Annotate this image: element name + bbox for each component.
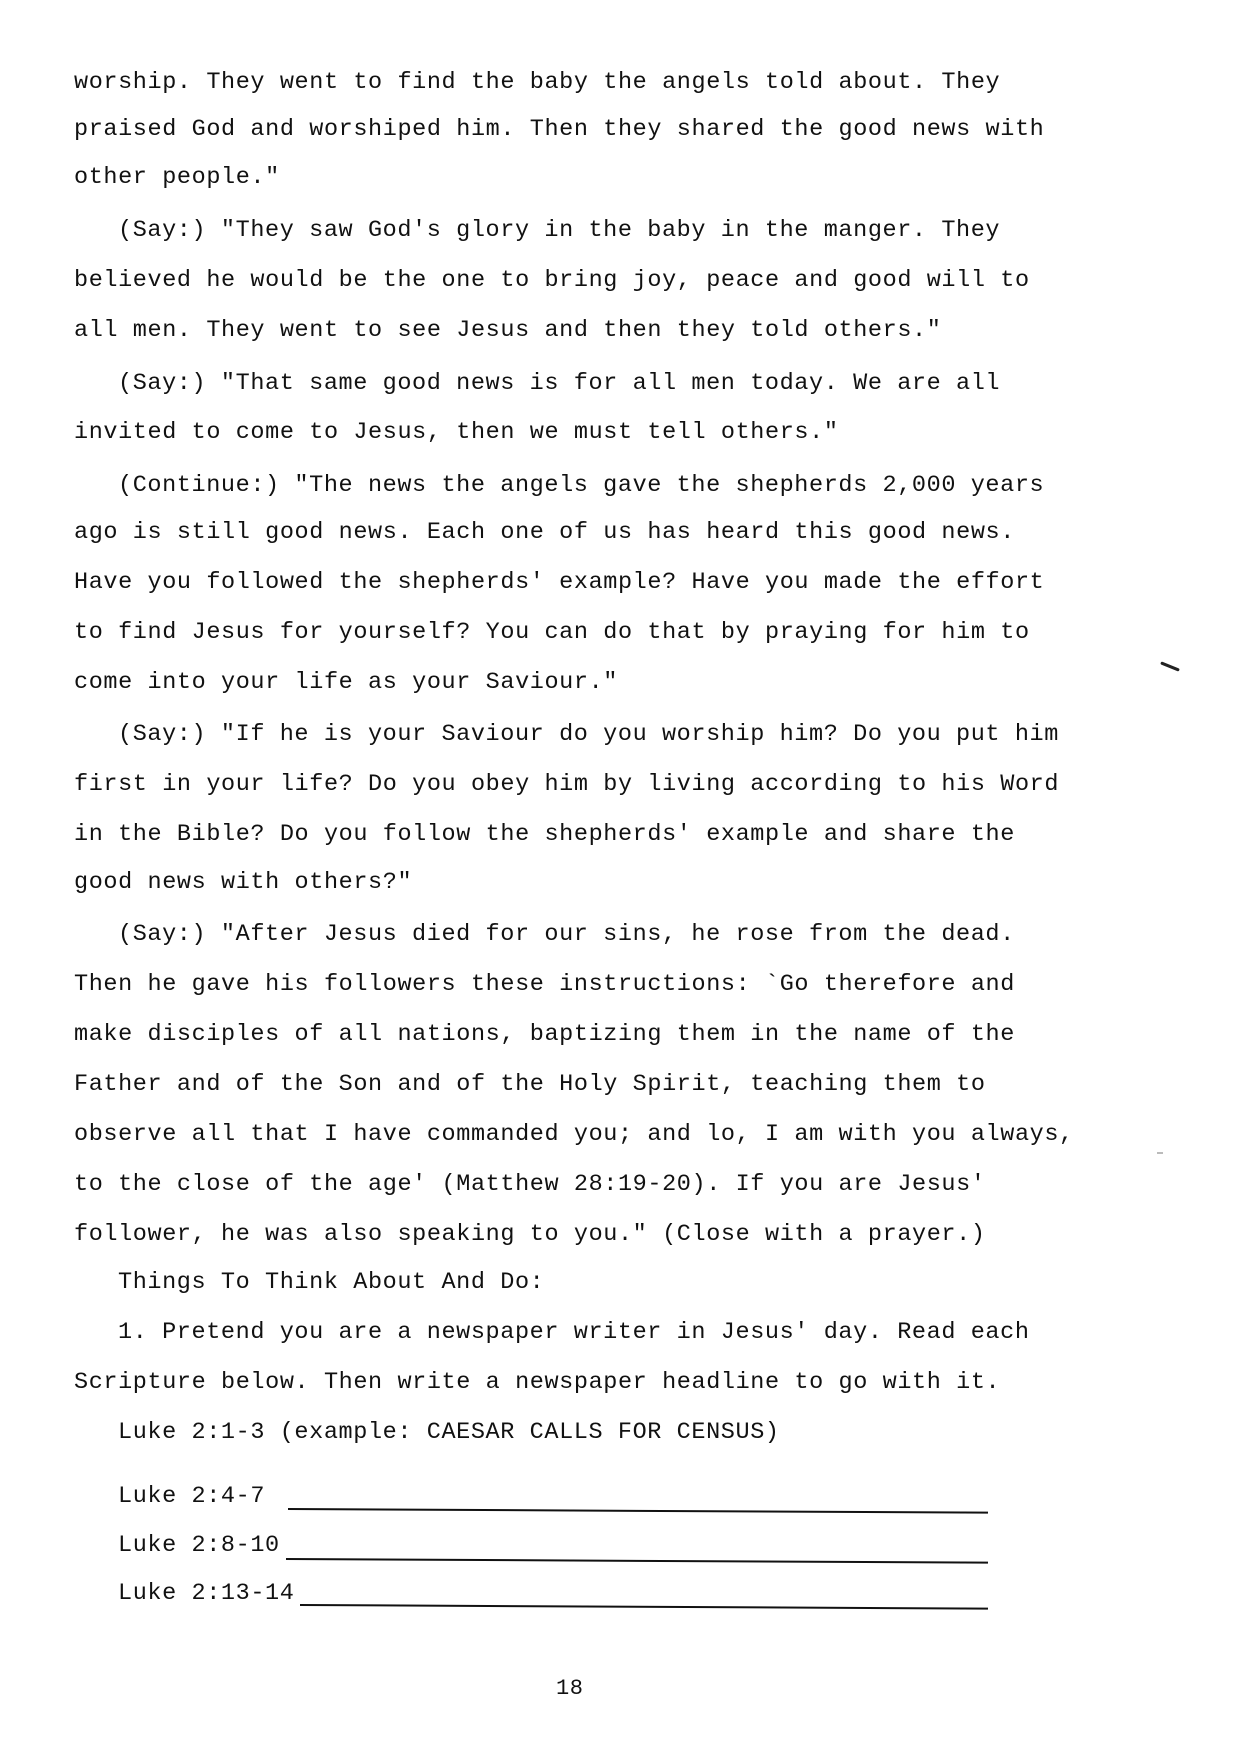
text-line: in the Bible? Do you follow the shepherd… <box>74 820 1015 850</box>
headline-label-3: Luke 2:13-14 <box>118 1579 294 1609</box>
text-line: 1. Pretend you are a newspaper writer in… <box>118 1318 1030 1348</box>
text-line: worship. They went to find the baby the … <box>74 68 1000 98</box>
text-line: come into your life as your Saviour." <box>74 668 618 698</box>
headline-label-2: Luke 2:8-10 <box>118 1531 280 1561</box>
scan-mark <box>1157 1152 1163 1154</box>
text-line: (Say:) "That same good news is for all m… <box>118 369 1000 399</box>
page-number: 18 <box>556 1676 584 1701</box>
text-line: follower, he was also speaking to you." … <box>74 1220 986 1250</box>
headline-label-1: Luke 2:4-7 <box>118 1482 265 1512</box>
text-line: invited to come to Jesus, then we must t… <box>74 418 839 448</box>
headline-blank-1[interactable] <box>288 1508 988 1514</box>
text-line: to the close of the age' (Matthew 28:19-… <box>74 1170 986 1200</box>
text-line: (Say:) "If he is your Saviour do you wor… <box>118 720 1059 750</box>
text-line: other people." <box>74 163 280 193</box>
text-line: make disciples of all nations, baptizing… <box>74 1020 1015 1050</box>
text-line: Luke 2:1-3 (example: CAESAR CALLS FOR CE… <box>118 1418 780 1448</box>
text-line: (Continue:) "The news the angels gave th… <box>118 471 1044 501</box>
text-line: believed he would be the one to bring jo… <box>74 266 1030 296</box>
text-line: ago is still good news. Each one of us h… <box>74 518 1015 548</box>
text-line: Scripture below. Then write a newspaper … <box>74 1368 1000 1398</box>
text-line: Things To Think About And Do: <box>118 1268 544 1298</box>
document-page: worship. They went to find the baby the … <box>0 0 1240 1753</box>
text-line: Have you followed the shepherds' example… <box>74 568 1044 598</box>
text-line: good news with others?" <box>74 868 412 898</box>
text-line: (Say:) "They saw God's glory in the baby… <box>118 216 1000 246</box>
text-line: first in your life? Do you obey him by l… <box>74 770 1059 800</box>
scan-mark <box>1160 661 1180 671</box>
text-line: to find Jesus for yourself? You can do t… <box>74 618 1030 648</box>
text-line: observe all that I have commanded you; a… <box>74 1120 1074 1150</box>
text-line: Father and of the Son and of the Holy Sp… <box>74 1070 986 1100</box>
text-line: Then he gave his followers these instruc… <box>74 970 1015 1000</box>
text-line: all men. They went to see Jesus and then… <box>74 316 941 346</box>
headline-blank-2[interactable] <box>286 1558 988 1564</box>
text-line: praised God and worshiped him. Then they… <box>74 115 1044 145</box>
text-line: (Say:) "After Jesus died for our sins, h… <box>118 920 1015 950</box>
headline-blank-3[interactable] <box>300 1604 988 1610</box>
